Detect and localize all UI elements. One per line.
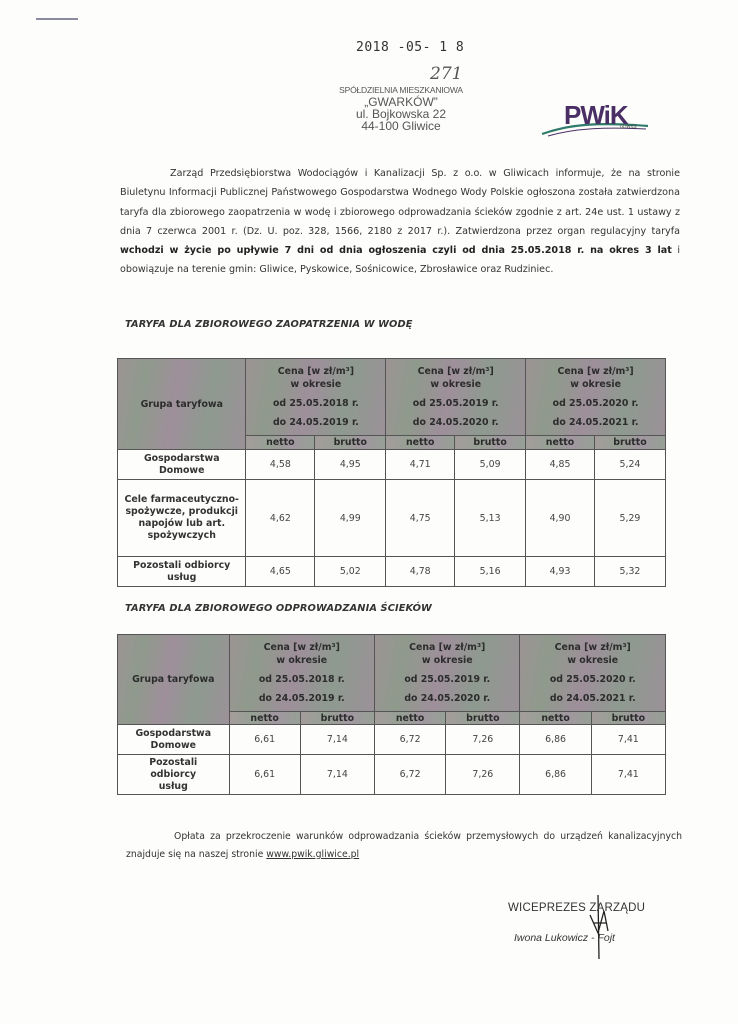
subheader-netto: netto (229, 712, 300, 725)
price-cell: 5,09 (455, 450, 526, 480)
price-cell: 4,58 (246, 450, 315, 480)
price-cell: 6,61 (229, 755, 300, 795)
handwritten-number: 271 (430, 64, 462, 84)
group-header: Grupa taryfowa (118, 359, 246, 450)
intro-text: Zarząd Przedsiębiorstwa Wodociągów i Kan… (120, 168, 680, 237)
row-group: Gospodarstwa Domowe (118, 725, 230, 755)
price-cell: 4,85 (526, 450, 595, 480)
subheader-netto: netto (526, 436, 595, 450)
sewage-tariff-table: Grupa taryfowa Cena [w zł/m³]w okresieod… (117, 634, 666, 795)
price-cell: 7,14 (300, 725, 374, 755)
price-cell: 7,41 (591, 725, 665, 755)
price-cell: 6,86 (520, 755, 591, 795)
intro-bold-text: wchodzi w życie po upływie 7 dni od dnia… (120, 245, 672, 256)
price-cell: 7,26 (446, 755, 520, 795)
received-date-stamp: 2018 -05- 1 8 (356, 40, 464, 55)
address-stamp: SPÓŁDZIELNIA MIESZKANIOWA „GWARKÓW” ul. … (336, 84, 466, 132)
price-cell: 4,93 (526, 557, 595, 587)
subheader-netto: netto (375, 712, 446, 725)
group-header: Grupa taryfowa (118, 635, 230, 725)
period-header: Cena [w zł/m³]w okresieod 25.05.2020 r.d… (526, 359, 666, 436)
table-row: Cele farmaceutyczno-spożywcze, produkcji… (118, 480, 666, 557)
subheader-brutto: brutto (446, 712, 520, 725)
price-cell: 4,78 (386, 557, 455, 587)
website-link[interactable]: www.pwik.gliwice.pl (266, 849, 359, 860)
price-cell: 4,90 (526, 480, 595, 557)
period-header: Cena [w zł/m³]w okresieod 25.05.2020 r.d… (520, 635, 666, 712)
price-cell: 6,61 (229, 725, 300, 755)
table-row: Gospodarstwa Domowe 4,58 4,95 4,71 5,09 … (118, 450, 666, 480)
corner-mark (36, 18, 78, 20)
water-tariff-title: TARYFA DLA ZBIOROWEGO ZAOPATRZENIA W WOD… (125, 319, 413, 330)
price-cell: 7,14 (300, 755, 374, 795)
subheader-brutto: brutto (300, 712, 374, 725)
row-group: Pozostali odbiorcy usług (118, 557, 246, 587)
table-row: Pozostali odbiorcy usług 4,65 5,02 4,78 … (118, 557, 666, 587)
price-cell: 5,02 (315, 557, 386, 587)
subheader-brutto: brutto (315, 436, 386, 450)
logo-text: PWiK (564, 100, 628, 131)
table-row: Gospodarstwa Domowe 6,61 7,14 6,72 7,26 … (118, 725, 666, 755)
price-cell: 5,16 (455, 557, 526, 587)
price-cell: 5,24 (594, 450, 665, 480)
signature-title: WICEPREZES ZARZĄDU (508, 902, 645, 914)
signature-name: Iwona Lukowicz - Fojt (514, 932, 615, 944)
subheader-brutto: brutto (594, 436, 665, 450)
price-cell: 6,72 (375, 725, 446, 755)
price-cell: 6,72 (375, 755, 446, 795)
period-header: Cena [w zł/m³]w okresieod 25.05.2018 r.d… (229, 635, 374, 712)
period-header: Cena [w zł/m³]w okresieod 25.05.2019 r.d… (375, 635, 520, 712)
price-cell: 4,95 (315, 450, 386, 480)
subheader-brutto: brutto (591, 712, 665, 725)
price-cell: 4,75 (386, 480, 455, 557)
sewage-tariff-title: TARYFA DLA ZBIOROWEGO ODPROWADZANIA ŚCIE… (125, 603, 432, 614)
price-cell: 5,29 (594, 480, 665, 557)
price-cell: 4,65 (246, 557, 315, 587)
stamp-org-line4: 44-100 Gliwice (336, 120, 466, 132)
period-header: Cena [w zł/m³]w okresieod 25.05.2018 r.d… (246, 359, 386, 436)
subheader-netto: netto (520, 712, 591, 725)
water-tariff-table: Grupa taryfowa Cena [w zł/m³]w okresieod… (117, 358, 666, 587)
pwik-logo: PWiK GLIWICE (540, 100, 650, 138)
price-cell: 7,26 (446, 725, 520, 755)
row-group: Gospodarstwa Domowe (118, 450, 246, 480)
row-group: Pozostali odbiorcy usług (118, 755, 230, 795)
price-cell: 4,71 (386, 450, 455, 480)
price-cell: 6,86 (520, 725, 591, 755)
subheader-brutto: brutto (455, 436, 526, 450)
price-cell: 5,13 (455, 480, 526, 557)
row-group: Cele farmaceutyczno-spożywcze, produkcji… (118, 480, 246, 557)
intro-paragraph: Zarząd Przedsiębiorstwa Wodociągów i Kan… (120, 164, 680, 280)
price-cell: 7,41 (591, 755, 665, 795)
price-cell: 5,32 (594, 557, 665, 587)
footer-note: Opłata za przekroczenie warunków odprowa… (126, 828, 682, 864)
price-cell: 4,62 (246, 480, 315, 557)
subheader-netto: netto (246, 436, 315, 450)
price-cell: 4,99 (315, 480, 386, 557)
footer-note-text: Opłata za przekroczenie warunków odprowa… (126, 831, 682, 860)
table-row: Pozostali odbiorcy usług 6,61 7,14 6,72 … (118, 755, 666, 795)
logo-subtitle: GLIWICE (620, 124, 637, 129)
subheader-netto: netto (386, 436, 455, 450)
period-header: Cena [w zł/m³]w okresieod 25.05.2019 r.d… (386, 359, 526, 436)
